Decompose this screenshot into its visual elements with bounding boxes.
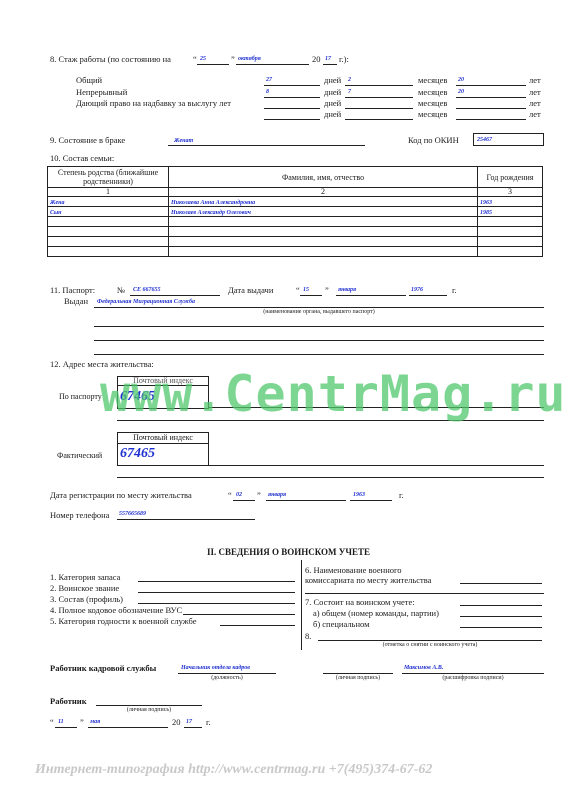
military-item-5: 5. Категория годности к военной службе — [50, 616, 197, 626]
experience-months-field[interactable] — [345, 85, 413, 86]
footer-text: Интернет-типография http://www.centrmag.… — [35, 762, 432, 778]
hr-position-caption: (должность) — [178, 675, 276, 681]
months-unit: месяцев — [418, 87, 447, 97]
issued-by-line-4[interactable] — [94, 354, 544, 355]
date-month-field[interactable] — [236, 64, 309, 65]
date-year-value: 17 — [325, 56, 331, 62]
header-relation: Степень родства (ближайшие родственники) — [48, 167, 169, 188]
experience-days-value: 8 — [266, 89, 269, 95]
family-table: Степень родства (ближайшие родственники)… — [47, 166, 543, 257]
issue-year-field[interactable] — [409, 295, 447, 296]
name-value: Николаева Анна Александровна — [171, 200, 255, 206]
experience-years-field[interactable] — [456, 85, 526, 86]
birth-year-cell[interactable] — [478, 247, 543, 257]
birth-year-cell[interactable] — [478, 237, 543, 247]
name-cell[interactable]: Николаева Анна Александровна — [169, 197, 478, 207]
military-item-8: 8. — [305, 631, 311, 641]
issued-by-label: Выдан — [64, 296, 88, 306]
passport-address-label: По паспорту — [59, 392, 102, 401]
employee-date-year-value: 17 — [186, 719, 192, 725]
phone-field[interactable] — [117, 519, 255, 520]
years-unit: лет — [529, 109, 541, 119]
experience-years-value: 20 — [458, 77, 464, 83]
military-item-3-field[interactable] — [138, 603, 295, 604]
quote-open: “ — [193, 54, 197, 64]
military-item-2: 2. Воинское звание — [50, 583, 119, 593]
military-item-6-line1: 6. Наименование военного — [305, 565, 402, 575]
issue-year-value: 1976 — [411, 287, 423, 293]
military-item-5-field[interactable] — [220, 625, 295, 626]
relation-cell[interactable] — [48, 227, 169, 237]
military-general-field[interactable] — [460, 616, 542, 617]
issued-by-value: Федеральная Миграционная Служба — [97, 299, 195, 305]
issue-date-label: Дата выдачи — [228, 285, 273, 295]
experience-row-label: Дающий право на надбавку за выслугу лет — [76, 98, 231, 108]
marital-status-label: 9. Состояние в браке — [50, 135, 125, 145]
months-unit: месяцев — [418, 98, 447, 108]
experience-years-field[interactable] — [456, 119, 526, 120]
months-unit: месяцев — [418, 109, 447, 119]
military-item-7a: а) общем (номер команды, партии) — [313, 608, 439, 618]
experience-years-field[interactable] — [456, 97, 526, 98]
family-table-row — [48, 217, 543, 227]
okin-label: Код по ОКИН — [408, 135, 459, 145]
issued-by-line-2[interactable] — [94, 326, 544, 327]
date-day-value: 25 — [200, 56, 206, 62]
quote-close: ” — [325, 285, 329, 295]
hr-name-field[interactable] — [402, 673, 544, 674]
military-item-7: 7. Состоит на воинском учете: — [305, 597, 415, 607]
year-prefix: 20 — [312, 54, 321, 64]
name-value: Николаев Александр Олегович — [171, 210, 251, 216]
issue-day-field[interactable] — [300, 295, 322, 296]
issue-month-value: января — [338, 287, 356, 293]
date-year-field[interactable] — [323, 64, 337, 65]
relation-value: Жена — [50, 200, 65, 206]
actual-address-field[interactable] — [209, 465, 544, 466]
experience-months-field[interactable] — [345, 119, 413, 120]
quote-close: ” — [257, 490, 261, 500]
name-cell[interactable]: Николаев Александр Олегович — [169, 207, 478, 217]
col-number-1: 1 — [48, 188, 169, 197]
employee-date-day-value: 11 — [58, 719, 64, 725]
birth-year-value: 1963 — [480, 200, 492, 206]
quote-close: ” — [80, 717, 84, 727]
registration-day-field[interactable] — [233, 500, 255, 501]
birth-year-cell[interactable] — [478, 217, 543, 227]
experience-months-value: 7 — [348, 89, 351, 95]
section8-title: 8. Стаж работы (по состоянию на — [50, 54, 171, 64]
employee-date-year-prefix: 20 — [172, 717, 181, 727]
relation-cell[interactable] — [48, 247, 169, 257]
military-registration-field[interactable] — [460, 605, 542, 606]
hr-name-value: Максимов А.В. — [404, 665, 443, 671]
header-name: Фамилия, имя, отчество — [169, 167, 478, 188]
days-unit: дней — [324, 109, 341, 119]
registration-month-value: января — [268, 492, 286, 498]
experience-years-value: 20 — [458, 89, 464, 95]
family-table-row — [48, 237, 543, 247]
days-unit: дней — [324, 98, 341, 108]
relation-cell[interactable]: Жена — [48, 197, 169, 207]
relation-value: Сын — [50, 210, 62, 216]
issued-by-line-3[interactable] — [94, 340, 544, 341]
years-unit: лет — [529, 98, 541, 108]
experience-months-field[interactable] — [345, 108, 413, 109]
name-cell[interactable] — [169, 227, 478, 237]
col-number-3: 3 — [478, 188, 543, 197]
issue-day-value: 15 — [303, 287, 309, 293]
issue-month-field[interactable] — [336, 295, 406, 296]
birth-year-value: 1985 — [480, 210, 492, 216]
quote-open: “ — [296, 285, 300, 295]
phone-value: 557665689 — [119, 511, 146, 517]
employee-signature-caption: (личная подпись) — [96, 707, 202, 713]
passport-number-field[interactable] — [130, 295, 220, 296]
hr-employee-label: Работник кадровой службы — [50, 663, 156, 673]
actual-address-line-2[interactable] — [117, 477, 544, 478]
years-unit: лет — [529, 87, 541, 97]
relation-cell[interactable] — [48, 217, 169, 227]
family-table-row: Жена Николаева Анна Александровна 1963 — [48, 197, 543, 207]
date-month-value: октября — [238, 56, 261, 62]
issued-by-caption: (наименование органа, выдавшего паспорт) — [94, 309, 544, 315]
experience-years-field[interactable] — [456, 108, 526, 109]
quote-open: “ — [228, 490, 232, 500]
experience-days-field[interactable] — [264, 85, 320, 86]
marital-status-value: Женат — [174, 138, 193, 144]
military-item-8-caption: (отметка о снятии с воинского учета) — [318, 642, 542, 648]
military-item-4: 4. Полное кодовое обозначение ВУС — [50, 605, 182, 615]
military-item-1: 1. Категория запаса — [50, 572, 120, 582]
family-table-row — [48, 247, 543, 257]
date-day-field[interactable] — [197, 64, 229, 65]
hr-position-value: Начальник отдела кадров — [181, 665, 250, 671]
experience-row-label: Общий — [76, 75, 102, 85]
months-unit: месяцев — [418, 75, 447, 85]
header-birth-year: Год рождения — [478, 167, 543, 188]
relation-cell[interactable]: Сын — [48, 207, 169, 217]
relation-cell[interactable] — [48, 237, 169, 247]
issue-year-suffix: г. — [452, 285, 457, 295]
okin-value: 25467 — [477, 137, 492, 143]
employee-label: Работник — [50, 696, 87, 706]
experience-months-field[interactable] — [345, 97, 413, 98]
issued-by-field[interactable] — [94, 307, 544, 308]
employee-date-year-suffix: г. — [206, 717, 211, 727]
military-commissariat-line-2[interactable] — [305, 593, 544, 594]
registration-day-value: 02 — [236, 492, 242, 498]
experience-days-field[interactable] — [264, 108, 320, 109]
birth-year-cell[interactable]: 1963 — [478, 197, 543, 207]
employee-signature-field[interactable] — [96, 705, 202, 706]
days-unit: дней — [324, 87, 341, 97]
military-item-6-line2: комиссариата по месту жительства — [305, 575, 431, 585]
passport-number-label: № — [117, 285, 125, 295]
watermark: www.CentrMag.ru — [100, 365, 567, 423]
registration-year-field[interactable] — [350, 500, 392, 501]
registration-month-field[interactable] — [266, 500, 346, 501]
registration-year-suffix: г. — [399, 490, 404, 500]
military-divider — [301, 560, 302, 650]
name-cell[interactable] — [169, 237, 478, 247]
name-cell[interactable] — [169, 247, 478, 257]
military-item-1-field[interactable] — [138, 581, 295, 582]
military-item-4-field[interactable] — [183, 614, 295, 615]
experience-days-field[interactable] — [264, 97, 320, 98]
year-suffix: г.): — [339, 54, 349, 64]
experience-days-value: 27 — [266, 77, 272, 83]
days-unit: дней — [324, 75, 341, 85]
quote-close: ” — [231, 54, 235, 64]
employee-date-year-field[interactable] — [184, 727, 202, 728]
passport-label: 11. Паспорт: — [50, 285, 95, 295]
name-cell[interactable] — [169, 217, 478, 227]
col-number-2: 2 — [169, 188, 478, 197]
hr-position-field[interactable] — [178, 673, 276, 674]
military-item-3: 3. Состав (профиль) — [50, 594, 123, 604]
employee-date-month-field[interactable] — [88, 727, 168, 728]
experience-months-value: 2 — [348, 77, 351, 83]
birth-year-cell[interactable] — [478, 227, 543, 237]
hr-name-caption: (расшифровка подписи) — [402, 675, 544, 681]
experience-days-field[interactable] — [264, 119, 320, 120]
family-table-row: Сын Николаев Александр Олегович 1985 — [48, 207, 543, 217]
registration-date-label: Дата регистрации по месту жительства — [50, 490, 192, 500]
military-special-field[interactable] — [460, 627, 542, 628]
actual-postal-value: 67465 — [120, 446, 155, 462]
phone-label: Номер телефона — [50, 510, 109, 520]
birth-year-cell[interactable]: 1985 — [478, 207, 543, 217]
passport-number-value: СЕ 667655 — [133, 287, 161, 293]
military-deregistration-field[interactable] — [318, 640, 542, 641]
family-table-row — [48, 227, 543, 237]
military-section-title: II. СВЕДЕНИЯ О ВОИНСКОМ УЧЕТЕ — [0, 547, 577, 557]
experience-row-label: Непрерывный — [76, 87, 127, 97]
military-item-7b: б) специальном — [313, 619, 369, 629]
registration-year-value: 1963 — [353, 492, 365, 498]
employee-date-day-field[interactable] — [55, 727, 77, 728]
military-item-2-field[interactable] — [138, 592, 295, 593]
military-commissariat-field[interactable] — [460, 583, 542, 584]
years-unit: лет — [529, 75, 541, 85]
marital-status-field[interactable] — [168, 145, 365, 146]
hr-signature-field[interactable] — [323, 673, 393, 674]
actual-address-label: Фактический — [57, 451, 102, 460]
actual-postal-label: Почтовый индекс — [117, 433, 209, 442]
quote-open: “ — [50, 717, 54, 727]
family-label: 10. Состав семьи: — [50, 153, 114, 163]
employee-date-month-value: мая — [90, 719, 100, 725]
hr-signature-caption: (личная подпись) — [318, 675, 398, 681]
